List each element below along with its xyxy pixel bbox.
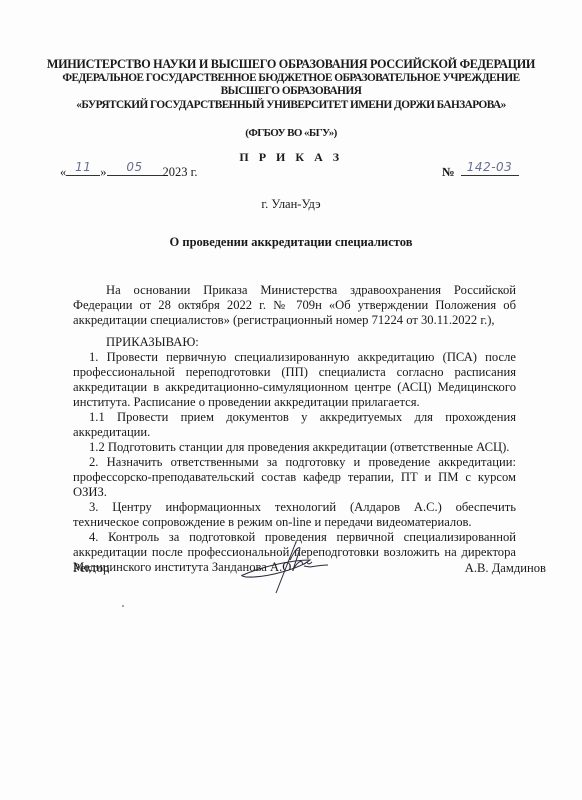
number-label: № bbox=[442, 165, 455, 179]
order-number: №142-03 bbox=[442, 163, 519, 180]
order-item: 1. Провести первичную специализированную… bbox=[73, 350, 516, 410]
organization-header: МИНИСТЕРСТВО НАУКИ И ВЫСШЕГО ОБРАЗОВАНИЯ… bbox=[40, 58, 542, 112]
directive: ПРИКАЗЫВАЮ: bbox=[73, 335, 516, 350]
institution-type-cont: ВЫСШЕГО ОБРАЗОВАНИЯ bbox=[40, 85, 542, 99]
order-item: 1.2 Подготовить станции для проведения а… bbox=[73, 440, 516, 455]
date-month-handwritten: 05 bbox=[107, 160, 163, 174]
order-date: «11»052023 г. bbox=[60, 163, 197, 180]
preamble: На основании Приказа Министерства здраво… bbox=[73, 283, 516, 328]
number-handwritten: 142-03 bbox=[461, 160, 519, 174]
order-item: 1.1 Провести прием документов у аккредит… bbox=[73, 410, 516, 440]
university-name: «БУРЯТСКИЙ ГОСУДАРСТВЕННЫЙ УНИВЕРСИТЕТ И… bbox=[40, 99, 542, 113]
document-page: МИНИСТЕРСТВО НАУКИ И ВЫСШЕГО ОБРАЗОВАНИЯ… bbox=[0, 0, 582, 800]
city: г. Улан-Удэ bbox=[0, 197, 582, 212]
university-abbreviation: (ФГБОУ ВО «БГУ») bbox=[0, 127, 582, 139]
signer-role: Ректор bbox=[73, 561, 109, 576]
signer-name: А.В. Дамдинов bbox=[465, 561, 546, 576]
order-item: 3. Центру информационных технологий (Алд… bbox=[73, 500, 516, 530]
date-year: 2023 г. bbox=[163, 165, 198, 179]
date-month-field: 05 bbox=[107, 163, 163, 176]
scan-speck bbox=[122, 605, 124, 607]
handwritten-signature-icon bbox=[238, 538, 348, 598]
ministry-name: МИНИСТЕРСТВО НАУКИ И ВЫСШЕГО ОБРАЗОВАНИЯ… bbox=[40, 58, 542, 72]
order-item: 2. Назначить ответственными за подготовк… bbox=[73, 455, 516, 500]
date-day-field: 11 bbox=[66, 163, 100, 176]
number-field: 142-03 bbox=[461, 163, 519, 176]
institution-type: ФЕДЕРАЛЬНОЕ ГОСУДАРСТВЕННОЕ БЮДЖЕТНОЕ ОБ… bbox=[40, 72, 542, 86]
order-subject: О проведении аккредитации специалистов bbox=[0, 235, 582, 250]
date-day-handwritten: 11 bbox=[66, 160, 100, 174]
preamble-text: На основании Приказа Министерства здраво… bbox=[73, 283, 516, 328]
